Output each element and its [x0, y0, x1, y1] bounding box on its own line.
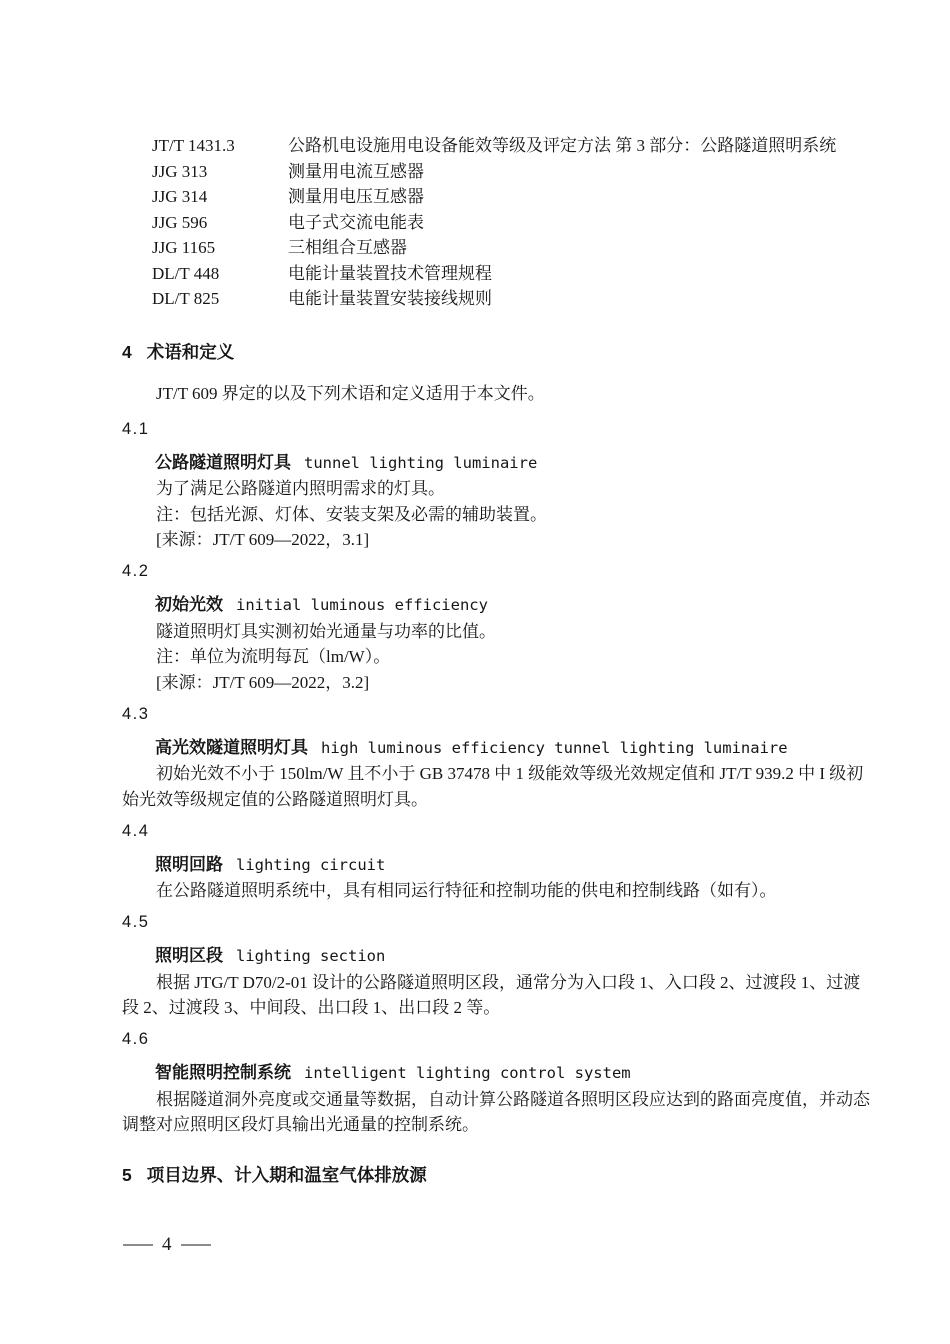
term-name-en: lighting circuit	[236, 856, 385, 874]
term-title-line: 照明回路lighting circuit	[122, 852, 870, 879]
reference-row: DL/T 448 电能计量装置技术管理规程	[122, 261, 870, 287]
term-definition: 初始光效不小于 150lm/W 且不小于 GB 37478 中 1 级能效等级光…	[122, 761, 870, 812]
reference-row: JJG 314 测量用电压互感器	[122, 184, 870, 210]
reference-title: 测量用电压互感器	[288, 184, 870, 210]
term-entry: 4.3 高光效隧道照明灯具high luminous efficiency tu…	[122, 702, 870, 813]
term-name-en: high luminous efficiency tunnel lighting…	[321, 739, 788, 757]
term-name-cn: 智能照明控制系统	[155, 1063, 291, 1082]
clause-number: 4.1	[122, 417, 870, 443]
term-definition: 在公路隧道照明系统中，具有相同运行特征和控制功能的供电和控制线路（如有）。	[122, 878, 870, 904]
reference-title: 公路机电设施用电设备能效等级及评定方法 第 3 部分：公路隧道照明系统	[288, 133, 870, 159]
reference-code: JT/T 1431.3	[152, 133, 288, 159]
section5-heading: 5 项目边界、计入期和温室气体排放源	[122, 1163, 870, 1189]
term-title-line: 初始光效initial luminous efficiency	[122, 592, 870, 619]
term-name-cn: 照明回路	[155, 855, 223, 874]
footer-dash	[123, 1244, 153, 1246]
reference-row: JJG 1165 三相组合互感器	[122, 235, 870, 261]
term-entry: 4.5 照明区段lighting section 根据 JTG/T D70/2-…	[122, 910, 870, 1021]
section-title: 术语和定义	[147, 340, 235, 366]
reference-code: JJG 313	[152, 159, 288, 185]
term-title-line: 公路隧道照明灯具tunnel lighting luminaire	[122, 450, 870, 477]
term-definition: 根据 JTG/T D70/2-01 设计的公路隧道照明区段，通常分为入口段 1、…	[122, 970, 870, 1021]
section-number: 5	[122, 1163, 132, 1189]
section4-heading: 4 术语和定义	[122, 340, 870, 366]
reference-list: JT/T 1431.3 公路机电设施用电设备能效等级及评定方法 第 3 部分：公…	[122, 133, 870, 312]
page-content: JT/T 1431.3 公路机电设施用电设备能效等级及评定方法 第 3 部分：公…	[0, 0, 950, 1188]
reference-code: JJG 314	[152, 184, 288, 210]
reference-code: DL/T 448	[152, 261, 288, 287]
reference-code: DL/T 825	[152, 286, 288, 312]
term-name-cn: 照明区段	[155, 946, 223, 965]
term-name-en: initial luminous efficiency	[236, 596, 488, 614]
term-name-cn: 高光效隧道照明灯具	[155, 738, 308, 757]
clause-number: 4.2	[122, 559, 870, 585]
section-title: 项目边界、计入期和温室气体排放源	[147, 1163, 427, 1189]
term-entry: 4.6 智能照明控制系统intelligent lighting control…	[122, 1027, 870, 1138]
term-note: 注：包括光源、灯体、安装支架及必需的辅助装置。	[122, 502, 870, 528]
term-definition: 根据隧道洞外亮度或交通量等数据，自动计算公路隧道各照明区段应达到的路面亮度值，并…	[122, 1087, 870, 1138]
term-definition: 为了满足公路隧道内照明需求的灯具。	[122, 476, 870, 502]
term-source: [来源：JT/T 609—2022，3.1]	[122, 527, 870, 553]
reference-row: JT/T 1431.3 公路机电设施用电设备能效等级及评定方法 第 3 部分：公…	[122, 133, 870, 159]
clause-number: 4.3	[122, 702, 870, 728]
term-entry: 4.2 初始光效initial luminous efficiency 隧道照明…	[122, 559, 870, 695]
term-definition: 隧道照明灯具实测初始光通量与功率的比值。	[122, 619, 870, 645]
reference-title: 电能计量装置安装接线规则	[288, 286, 870, 312]
clause-number: 4.5	[122, 910, 870, 936]
term-title-line: 智能照明控制系统intelligent lighting control sys…	[122, 1060, 870, 1087]
document-page: JT/T 1431.3 公路机电设施用电设备能效等级及评定方法 第 3 部分：公…	[0, 0, 950, 1344]
reference-title: 电子式交流电能表	[288, 210, 870, 236]
reference-row: JJG 313 测量用电流互感器	[122, 159, 870, 185]
reference-code: JJG 1165	[152, 235, 288, 261]
section4-intro: JT/T 609 界定的以及下列术语和定义适用于本文件。	[122, 381, 870, 407]
clause-number: 4.4	[122, 819, 870, 845]
page-footer: 4	[123, 1232, 211, 1258]
term-name-en: intelligent lighting control system	[304, 1064, 631, 1082]
section-number: 4	[122, 340, 132, 366]
term-name-cn: 公路隧道照明灯具	[155, 453, 291, 472]
term-name-en: tunnel lighting luminaire	[304, 454, 537, 472]
page-number: 4	[162, 1232, 172, 1258]
clause-number: 4.6	[122, 1027, 870, 1053]
term-name-cn: 初始光效	[155, 595, 223, 614]
reference-title: 测量用电流互感器	[288, 159, 870, 185]
reference-title: 三相组合互感器	[288, 235, 870, 261]
footer-dash	[181, 1244, 211, 1246]
term-entry: 4.4 照明回路lighting circuit 在公路隧道照明系统中，具有相同…	[122, 819, 870, 904]
reference-title: 电能计量装置技术管理规程	[288, 261, 870, 287]
reference-row: DL/T 825 电能计量装置安装接线规则	[122, 286, 870, 312]
reference-row: JJG 596 电子式交流电能表	[122, 210, 870, 236]
term-note: 注：单位为流明每瓦（lm/W）。	[122, 644, 870, 670]
term-source: [来源：JT/T 609—2022，3.2]	[122, 670, 870, 696]
reference-code: JJG 596	[152, 210, 288, 236]
term-name-en: lighting section	[236, 947, 385, 965]
term-entry: 4.1 公路隧道照明灯具tunnel lighting luminaire 为了…	[122, 417, 870, 553]
term-title-line: 高光效隧道照明灯具high luminous efficiency tunnel…	[122, 735, 870, 762]
term-title-line: 照明区段lighting section	[122, 943, 870, 970]
